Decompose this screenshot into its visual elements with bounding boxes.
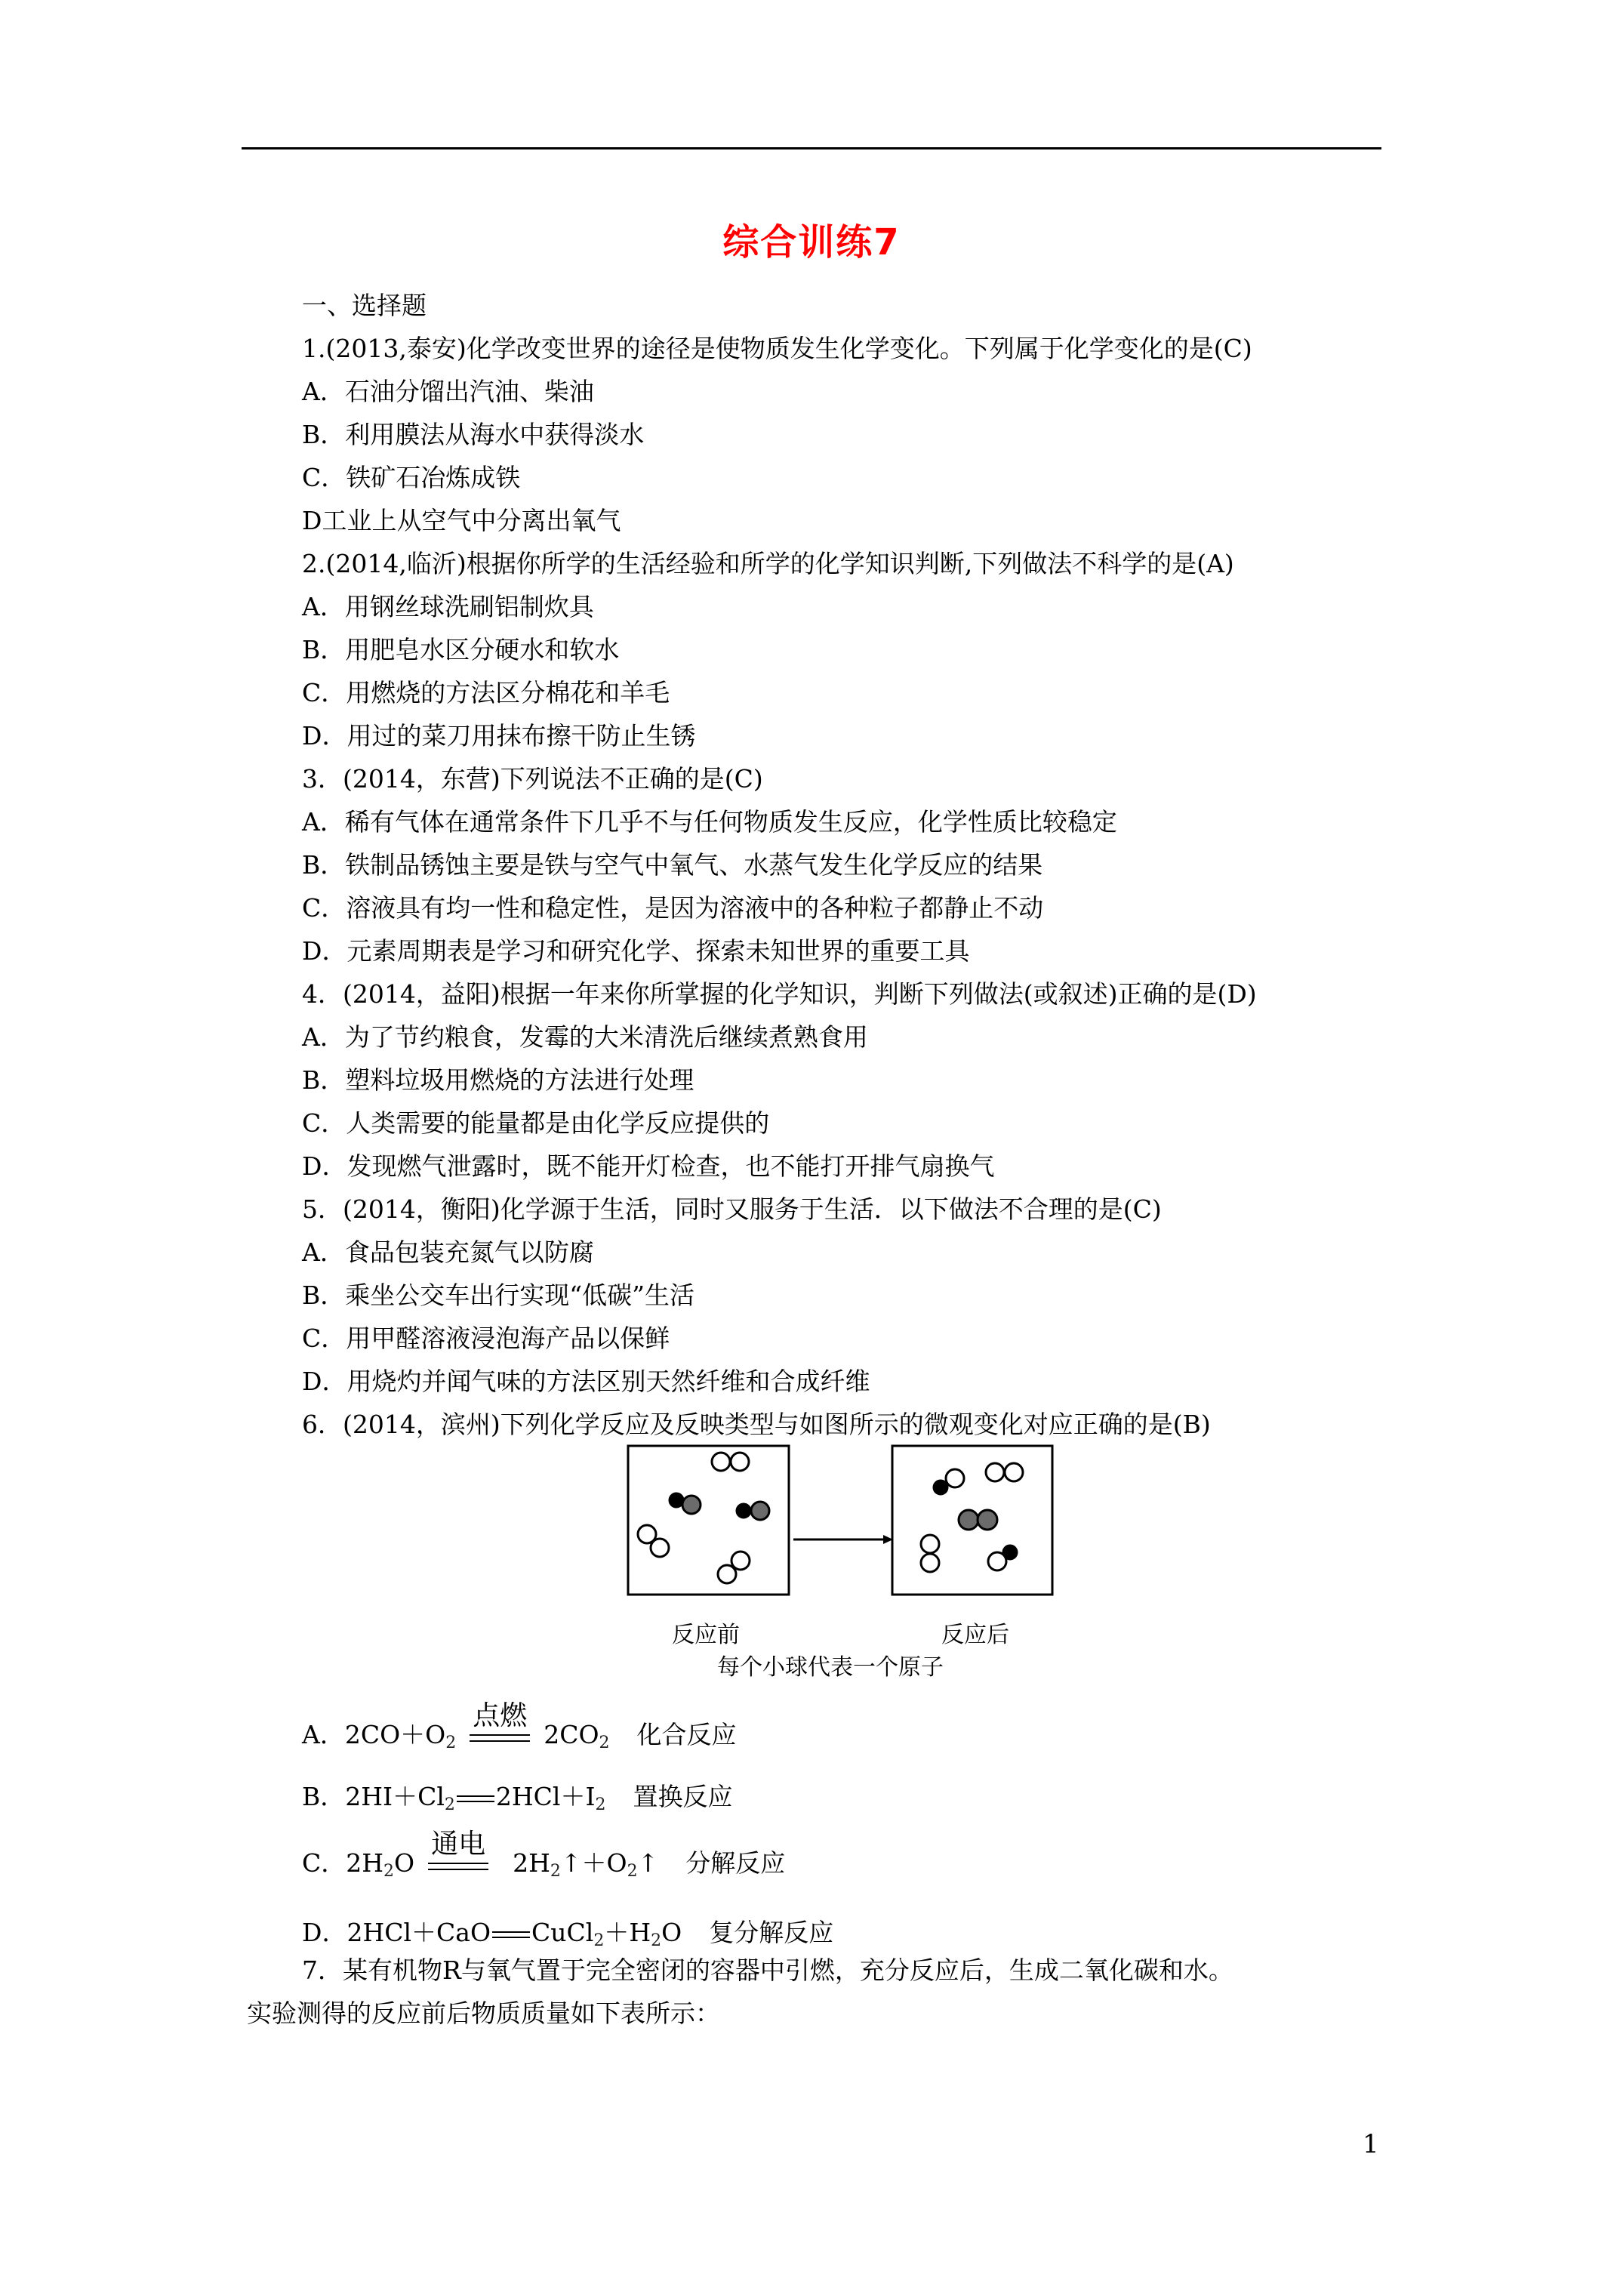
reaction-type: 分解反应 xyxy=(685,1848,785,1878)
diagram-caption: 每个小球代表一个原子 xyxy=(717,1648,944,1681)
reaction-diagram xyxy=(0,0,1623,1699)
reaction-condition: 通电 xyxy=(428,1850,488,1879)
label-after: 反应后 xyxy=(941,1616,1009,1649)
reaction-type: 化合反应 xyxy=(637,1720,737,1749)
equals-sign xyxy=(492,1931,530,1938)
after-box xyxy=(892,1446,1052,1595)
reaction-condition: 点燃 xyxy=(470,1721,530,1751)
label-before: 反应前 xyxy=(672,1616,740,1649)
double-line xyxy=(428,1863,488,1870)
q6-option-c: C．2H2O通电2H2↑＋O2↑分解反应 xyxy=(302,1844,785,1879)
reaction-type: 复分解反应 xyxy=(709,1918,833,1947)
q6-option-a: A．2CO＋O2点燃2CO2化合反应 xyxy=(302,1715,737,1751)
before-box xyxy=(628,1446,789,1595)
q6-option-d: D．2HCl＋CaOCuCl2＋H2O复分解反应 xyxy=(302,1913,833,1949)
q6-option-b: B．2HI＋Cl22HCl＋I2置换反应 xyxy=(302,1777,733,1813)
reaction-type: 置换反应 xyxy=(633,1782,733,1811)
double-line xyxy=(470,1734,530,1742)
page-number: 1 xyxy=(1363,2129,1379,2159)
reaction-arrow xyxy=(793,1535,893,1544)
question-stem-continued: 实验测得的反应前后物质质量如下表所示： xyxy=(247,1999,720,2029)
equals-sign xyxy=(457,1795,494,1802)
question-stem: 7．某有机物R与氧气置于完全密闭的容器中引燃，充分反应后，生成二氧化碳和水。 xyxy=(302,1955,1233,1986)
